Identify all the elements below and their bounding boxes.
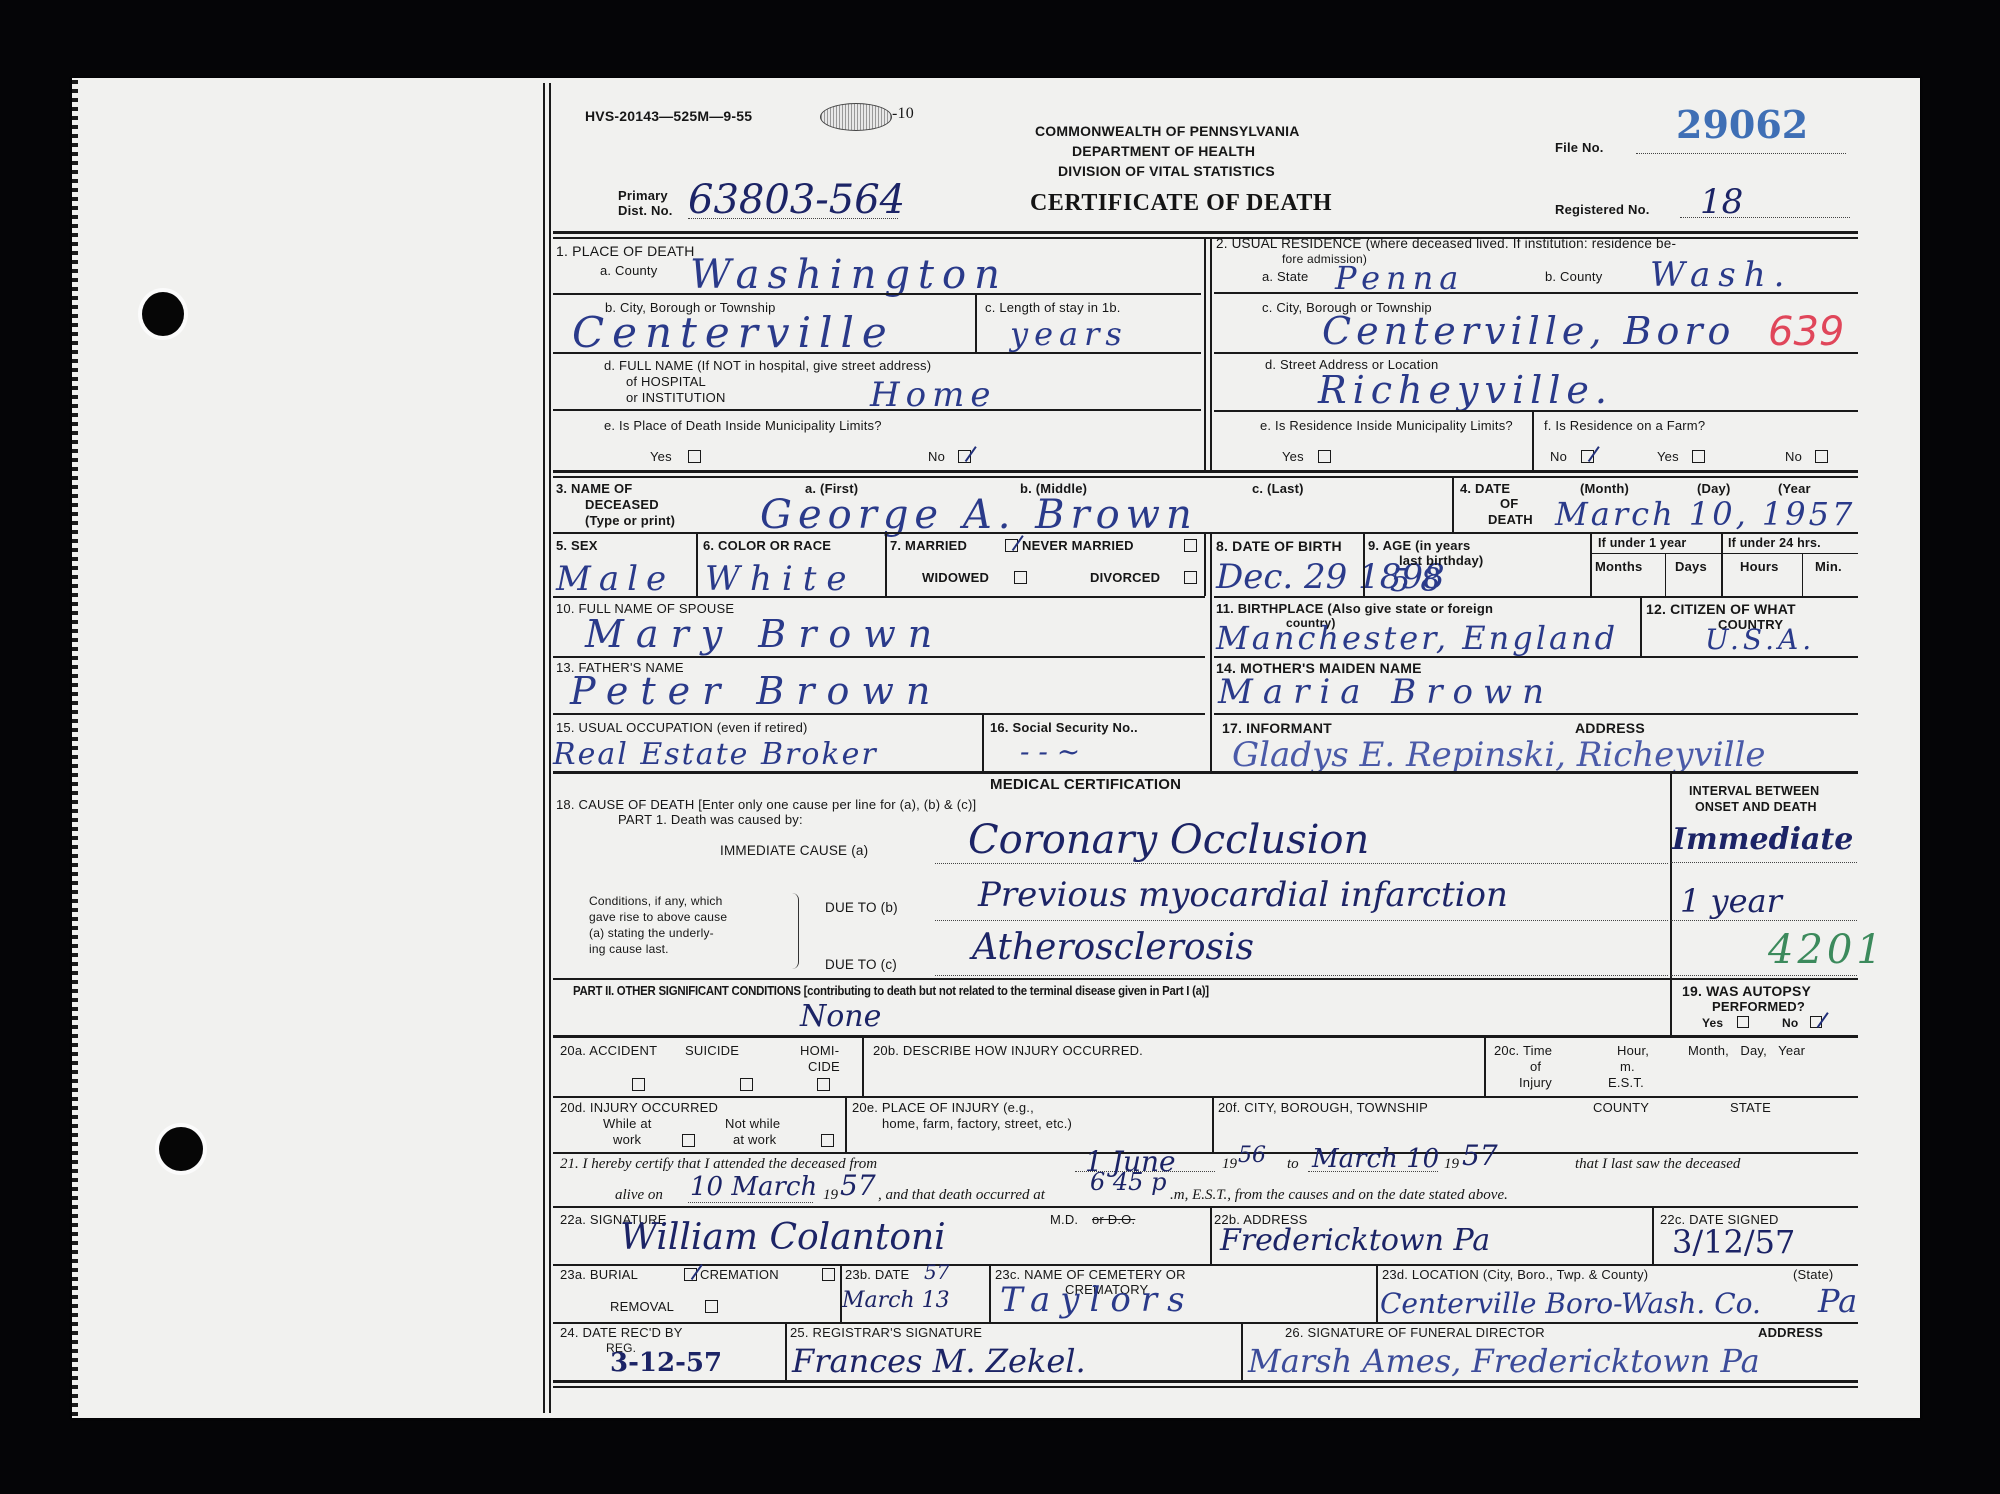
res-inside-limits-no-checkbox[interactable] [1581, 450, 1594, 463]
punch-hole-top [142, 292, 184, 336]
bottom-rule-bottom [553, 1386, 1858, 1388]
mother-value: Maria Brown [1218, 675, 1554, 709]
divider [1484, 1038, 1486, 1096]
res-inside-limits-yes-checkbox[interactable] [1318, 450, 1331, 463]
file-no-stamp: 29062 [1676, 106, 1808, 144]
age-label-1: 9. AGE (in years [1368, 538, 1470, 554]
hour-label-2: m. [1620, 1059, 1635, 1075]
months-label: Months [1595, 559, 1642, 575]
removal-checkbox[interactable] [705, 1300, 718, 1313]
no-label: No [928, 449, 945, 465]
part2-label: PART II. OTHER SIGNIFICANT CONDITIONS [c… [573, 983, 1209, 999]
agency-line-3: DIVISION OF VITAL STATISTICS [1058, 163, 1275, 179]
dod-label-1: 4. DATE [1460, 481, 1510, 497]
divider [1640, 596, 1642, 656]
married-label: 7. MARRIED [890, 538, 967, 554]
inside-limits-label: e. Is Place of Death Inside Municipality… [604, 418, 882, 434]
while-work-label-2: work [613, 1132, 641, 1148]
never-married-label: NEVER MARRIED [1022, 538, 1134, 554]
registered-no-label: Registered No. [1555, 202, 1650, 218]
rule [553, 713, 1205, 715]
rule [553, 978, 1858, 980]
divider [1363, 532, 1365, 596]
name-label-2: DECEASED [585, 497, 659, 513]
cert-line1-a: 21. I hereby certify that I attended the… [560, 1156, 877, 1173]
citizen-value: U.S.A. [1705, 626, 1815, 654]
divorced-label: DIVORCED [1090, 570, 1160, 586]
name-label-1: 3. NAME OF [556, 481, 632, 497]
cert-line2-a: alive on [615, 1187, 663, 1204]
injury-state-label: STATE [1730, 1100, 1771, 1116]
primary-dist-label-1: Primary [618, 188, 668, 204]
autopsy-label-2: PERFORMED? [1712, 999, 1805, 1015]
cert-line2-b: , and that death occurred at [878, 1187, 1045, 1204]
hour-label-1: Hour, [1617, 1043, 1649, 1059]
burial-state-value: Pa [1818, 1285, 1857, 1317]
not-work-label-2: at work [733, 1132, 776, 1148]
primary-dist-value: 63803-564 [688, 180, 905, 220]
conditions-label-2: gave rise to above cause [589, 909, 727, 925]
interval-b-value: 1 year [1680, 885, 1782, 917]
cremation-checkbox[interactable] [822, 1268, 835, 1281]
date-recd-label-1: 24. DATE REC'D BY [560, 1325, 683, 1341]
death-city-value: Centerville [572, 312, 895, 354]
days-label: Days [1675, 559, 1707, 575]
year-prefix: 19 [823, 1187, 838, 1204]
cemetery-value: Taylors [1000, 1283, 1195, 1317]
conditions-label-4: ing cause last. [589, 941, 669, 957]
due-c-label: DUE TO (c) [825, 957, 897, 973]
informant-label: 17. INFORMANT [1222, 720, 1332, 736]
rule [1214, 713, 1858, 715]
hospital-label-2: of HOSPITAL [626, 374, 706, 390]
divider [1652, 1206, 1654, 1264]
residence-county-value: Wash. [1650, 258, 1792, 292]
not-at-work-checkbox[interactable] [821, 1134, 834, 1147]
hour-label-3: E.S.T. [1608, 1075, 1644, 1091]
rule [553, 1264, 1858, 1266]
form-code-suffix: -10 [892, 106, 914, 122]
occupation-label: 15. USUAL OCCUPATION (even if retired) [556, 720, 808, 736]
rule [1214, 596, 1858, 598]
occupation-value: Real Estate Broker [553, 740, 878, 770]
time-label-2: of [1530, 1059, 1541, 1075]
year-prefix: 19 [1444, 1156, 1459, 1173]
section-rule [553, 476, 1858, 478]
birthplace-value: Manchester, England [1216, 622, 1618, 654]
divider [1721, 532, 1723, 596]
under-1yr-label: If under 1 year [1598, 535, 1686, 551]
year-prefix: 19 [1222, 1156, 1237, 1173]
union-label-seal-icon [820, 103, 892, 131]
immediate-line [935, 863, 1668, 864]
birthplace-label-1: 11. BIRTHPLACE (Also give state or forei… [1216, 601, 1493, 617]
file-no-label: File No. [1555, 140, 1604, 156]
place-label-1: 20e. PLACE OF INJURY (e.g., [852, 1100, 1034, 1116]
immediate-cause-value: Coronary Occlusion [968, 820, 1369, 860]
usual-residence-label: 2. USUAL RESIDENCE (where deceased lived… [1216, 236, 1676, 252]
farm-label: f. Is Residence on a Farm? [1544, 418, 1705, 434]
divider [1376, 1264, 1378, 1322]
hospital-label-3: or INSTITUTION [626, 390, 726, 406]
due-b-label: DUE TO (b) [825, 900, 898, 916]
rule [553, 1096, 1858, 1098]
yes-label: Yes [1657, 449, 1679, 465]
time-label-3: Injury [1519, 1075, 1552, 1091]
last-label: c. (Last) [1252, 481, 1304, 497]
cert-from-year: 56 [1238, 1145, 1266, 1167]
not-work-label-1: Not while [725, 1116, 780, 1132]
name-label-3: (Type or print) [585, 513, 675, 529]
conditions-label-3: (a) stating the underly- [589, 925, 714, 941]
accident-checkbox[interactable] [632, 1078, 645, 1091]
stay-label: c. Length of stay in 1b. [985, 300, 1121, 316]
mdy-label: Month, Day, Year [1688, 1043, 1805, 1059]
farm-yes-checkbox[interactable] [1692, 450, 1705, 463]
interval-label-1: INTERVAL BETWEEN [1689, 783, 1819, 799]
classification-code: 4201 [1768, 930, 1886, 970]
homicide-checkbox[interactable] [817, 1078, 830, 1091]
age-value: 58 [1390, 564, 1451, 596]
perforated-edge [72, 80, 78, 1418]
agency-line-2: DEPARTMENT OF HEALTH [1072, 143, 1255, 159]
res-inside-limits-label: e. Is Residence Inside Municipality Limi… [1260, 418, 1513, 434]
divider [989, 1264, 991, 1322]
divider [1452, 477, 1454, 532]
under-24h-label: If under 24 hrs. [1728, 535, 1821, 551]
part2-value: None [800, 1002, 881, 1032]
divider [1665, 553, 1666, 596]
form-left-border-inner [549, 83, 551, 1413]
no-label: No [1550, 449, 1567, 465]
file-no-line [1636, 153, 1846, 154]
hours-label: Hours [1740, 559, 1779, 575]
rule [553, 1152, 1858, 1154]
interval-divider [1670, 773, 1672, 1035]
divider [1532, 410, 1534, 470]
form-left-border-outer [543, 83, 545, 1413]
homicide-label-1: HOMI- [800, 1043, 839, 1059]
due-b-line [935, 920, 1668, 921]
sex-label: 5. SEX [556, 538, 598, 554]
res-county-label: b. County [1545, 269, 1602, 285]
residence-state-value: Penna [1335, 262, 1464, 294]
married-checkbox[interactable] [1005, 539, 1018, 552]
section-1-2-divider-b [1210, 238, 1212, 470]
cert-line2-c: .m, E.S.T., from the causes and on the d… [1170, 1187, 1508, 1204]
bottom-rule-top [553, 1380, 1858, 1383]
place-of-death-label: 1. PLACE OF DEATH [556, 243, 695, 259]
occurred-label: 20d. INJURY OCCURRED [560, 1100, 718, 1116]
accident-label: 20a. ACCIDENT [560, 1043, 657, 1059]
cert-alive-line [688, 1202, 813, 1203]
residence-city-value: Centerville, Boro [1322, 312, 1735, 350]
funeral-address-label: ADDRESS [1758, 1325, 1823, 1341]
divider [1590, 532, 1592, 596]
burial-date-value: March 13 [842, 1290, 950, 1312]
homicide-label-2: CIDE [808, 1059, 840, 1075]
cert-to-label: to [1287, 1156, 1299, 1173]
divider [885, 532, 887, 596]
informant-address-label: ADDRESS [1575, 720, 1645, 736]
rule [1590, 553, 1858, 554]
punch-hole-bottom [159, 1127, 203, 1171]
cert-alive-year: 57 [840, 1172, 876, 1200]
no-label: No [1785, 449, 1802, 465]
interval-a-value: Immediate [1672, 825, 1853, 855]
rule [1214, 410, 1858, 412]
death-inside-limits-yes-checkbox[interactable] [688, 450, 701, 463]
divorced-checkbox[interactable] [1184, 571, 1197, 584]
registered-no-value: 18 [1700, 185, 1743, 219]
ssn-value: - - ~ [1020, 738, 1080, 766]
residence-street-value: Richeyville. [1318, 371, 1613, 409]
autopsy-label-1: 19. WAS AUTOPSY [1682, 983, 1811, 999]
dob-label: 8. DATE OF BIRTH [1216, 538, 1342, 554]
father-value: Peter Brown [570, 672, 942, 710]
death-county-value: Washington [690, 255, 1008, 295]
deceased-name-value: George A. Brown [760, 495, 1198, 535]
divider [1802, 553, 1803, 596]
divider [975, 294, 977, 352]
immediate-label: IMMEDIATE CAUSE (a) [720, 843, 868, 859]
part1-label: PART 1. Death was caused by: [618, 812, 803, 828]
race-label: 6. COLOR OR RACE [703, 538, 831, 554]
conditions-brace [792, 893, 799, 969]
rule [553, 293, 1201, 295]
never-married-checkbox[interactable] [1184, 539, 1197, 552]
removal-label: REMOVAL [610, 1299, 674, 1315]
interval-a-line [1671, 862, 1857, 863]
date-signed-value: 3/12/57 [1672, 1226, 1795, 1258]
burial-date-year: 57 [924, 1262, 949, 1282]
section-rule [553, 470, 1858, 473]
sex-value: Male [556, 562, 674, 596]
location-label: 23d. LOCATION (City, Boro., Twp. & Count… [1382, 1267, 1648, 1283]
section-1-2-divider-a [1204, 238, 1206, 470]
no-label: No [1782, 1015, 1798, 1031]
section-rule [553, 1035, 1858, 1038]
registrar-signature: Frances M. Zekel. [792, 1345, 1086, 1377]
dod-label-3: DEATH [1488, 512, 1533, 528]
county-label: a. County [600, 263, 657, 279]
due-b-value: Previous myocardial infarction [978, 878, 1508, 912]
farm-no-checkbox[interactable] [1815, 450, 1828, 463]
divider [1212, 1097, 1214, 1152]
funeral-label: 26. SIGNATURE OF FUNERAL DIRECTOR [1285, 1325, 1545, 1341]
divider [1210, 1206, 1212, 1264]
ssn-label: 16. Social Security No.. [990, 720, 1138, 736]
certificate-title: CERTIFICATE OF DEATH [1030, 190, 1332, 217]
while-at-work-checkbox[interactable] [682, 1134, 695, 1147]
burial-label: 23a. BURIAL [560, 1267, 638, 1283]
divider [1241, 1322, 1243, 1380]
primary-dist-label-2: Dist. No. [618, 203, 673, 219]
cert-to-year: 57 [1462, 1142, 1498, 1170]
while-work-label-1: While at [603, 1116, 652, 1132]
cremation-label: CREMATION [700, 1267, 779, 1283]
yes-label: Yes [650, 449, 672, 465]
location-state-label: (State) [1793, 1267, 1833, 1283]
date-of-death-value: March 10, 1957 [1555, 498, 1855, 530]
death-inside-limits-no-checkbox[interactable] [958, 450, 971, 463]
suicide-label: SUICIDE [685, 1043, 739, 1059]
hospital-value: Home [870, 378, 996, 412]
yes-label: Yes [1702, 1015, 1723, 1031]
hospital-label-1: d. FULL NAME (If NOT in hospital, give s… [604, 358, 931, 374]
physician-address: Fredericktown Pa [1220, 1226, 1490, 1256]
yes-label: Yes [1282, 449, 1304, 465]
describe-label: 20b. DESCRIBE HOW INJURY OCCURRED. [873, 1043, 1143, 1059]
spouse-value: Mary Brown [585, 615, 944, 653]
autopsy-no-checkbox[interactable] [1810, 1016, 1822, 1028]
residence-city-code: 639 [1768, 312, 1844, 352]
suicide-checkbox[interactable] [740, 1078, 753, 1091]
rule [553, 1322, 1858, 1324]
section-rule [553, 771, 1858, 774]
rule [1214, 352, 1858, 354]
cert-alive-value: 10 March [690, 1174, 817, 1200]
medical-heading: MEDICAL CERTIFICATION [990, 777, 1181, 793]
rule [553, 409, 1201, 411]
due-c-value: Atherosclerosis [972, 930, 1254, 966]
divider [982, 713, 984, 771]
divider [696, 532, 698, 596]
divider [845, 1097, 847, 1152]
burial-date-label: 23b. DATE [845, 1267, 909, 1283]
interval-c-line [1671, 975, 1857, 976]
rule [553, 1206, 1858, 1208]
injury-county-label: COUNTY [1593, 1100, 1649, 1116]
rule [553, 352, 1201, 354]
dod-label-2: OF [1500, 496, 1518, 512]
widowed-checkbox[interactable] [1014, 571, 1027, 584]
due-c-line [935, 975, 1668, 976]
stay-value: years [1010, 318, 1128, 350]
rule [553, 596, 1205, 598]
funeral-director-signature: Marsh Ames, Fredericktown Pa [1248, 1345, 1760, 1377]
race-value: White [705, 562, 857, 596]
cert-line1-b: that I last saw the deceased [1575, 1156, 1740, 1173]
cert-time-value: 6 45 p [1090, 1170, 1166, 1194]
agency-line-1: COMMONWEALTH OF PENNSYLVANIA [1035, 123, 1300, 139]
conditions-label-1: Conditions, if any, which [589, 893, 723, 909]
cert-to-value: March 10 [1312, 1146, 1439, 1172]
cause-label: 18. CAUSE OF DEATH [Enter only one cause… [556, 797, 976, 813]
md-label: M.D. [1050, 1212, 1078, 1228]
place-label-2: home, farm, factory, street, etc.) [882, 1116, 1072, 1132]
divider [862, 1038, 864, 1096]
interval-b-line [1671, 920, 1857, 921]
rule [1214, 656, 1858, 658]
widowed-label: WIDOWED [922, 570, 989, 586]
min-label: Min. [1815, 559, 1842, 575]
divider [785, 1322, 787, 1380]
autopsy-yes-checkbox[interactable] [1737, 1016, 1749, 1028]
date-received-value: 3-12-57 [610, 1350, 722, 1376]
citizen-label-1: 12. CITIZEN OF WHAT [1646, 601, 1796, 617]
divider [1204, 532, 1206, 596]
registrar-label: 25. REGISTRAR'S SIGNATURE [790, 1325, 982, 1341]
informant-value: Gladys E. Repinski, Richeyville [1232, 738, 1765, 772]
injury-city-label: 20f. CITY, BOROUGH, TOWNSHIP [1218, 1100, 1428, 1116]
time-label-1: 20c. Time [1494, 1043, 1552, 1059]
rule [553, 656, 1205, 658]
form-code: HVS-20143—525M—9-55 [585, 108, 752, 124]
header-rule-top [553, 231, 1858, 234]
physician-signature: William Colantoni [620, 1220, 946, 1256]
burial-checkbox[interactable] [684, 1268, 697, 1281]
interval-label-2: ONSET AND DEATH [1695, 799, 1817, 815]
burial-location-value: Centerville Boro-Wash. Co. [1380, 1290, 1761, 1318]
state-label: a. State [1262, 269, 1308, 285]
divider [1210, 532, 1212, 772]
do-label: or D.O. [1092, 1212, 1135, 1228]
rule [1214, 292, 1858, 294]
